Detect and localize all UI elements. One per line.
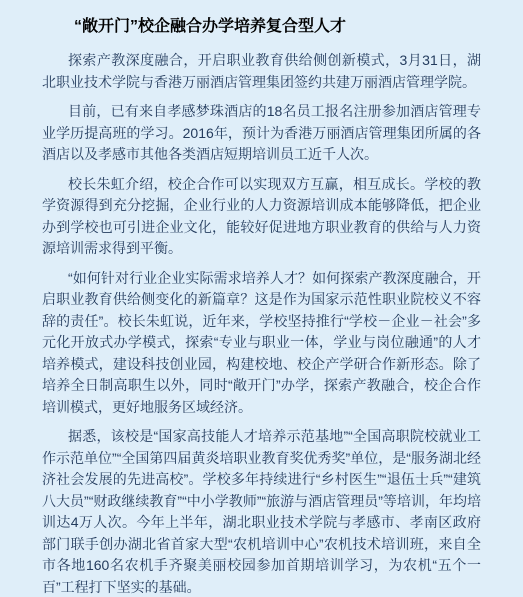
article-paragraph-achievements: 据悉，该校是“国家高技能人才培养示范基地”“全国高职院校就业工作示范单位”“全国… <box>42 426 481 597</box>
article-title: “敞开门”校企融合办学培养复合型人才 <box>42 14 481 40</box>
article-paragraph-training-model: “如何针对行业企业实际需求培养人才？如何探索产教深度融合，开启职业教育供给侧变化… <box>42 268 481 419</box>
article-paragraph-intro: 探索产教深度融合，开启职业教育供给侧创新模式，3月31日，湖北职业技术学院与香港… <box>42 50 481 93</box>
article-paragraph-principal-intro: 校长朱虹介绍，校企合作可以实现双方互赢，相互成长。学校的教学资源得到充分挖掘，企… <box>42 174 481 260</box>
article-page: “敞开门”校企融合办学培养复合型人才 探索产教深度融合，开启职业教育供给侧创新模… <box>0 0 523 597</box>
article-paragraph-enrollment: 目前，已有来自孝感梦珠酒店的18名员工报名注册参加酒店管理专业学历提高班的学习。… <box>42 101 481 166</box>
